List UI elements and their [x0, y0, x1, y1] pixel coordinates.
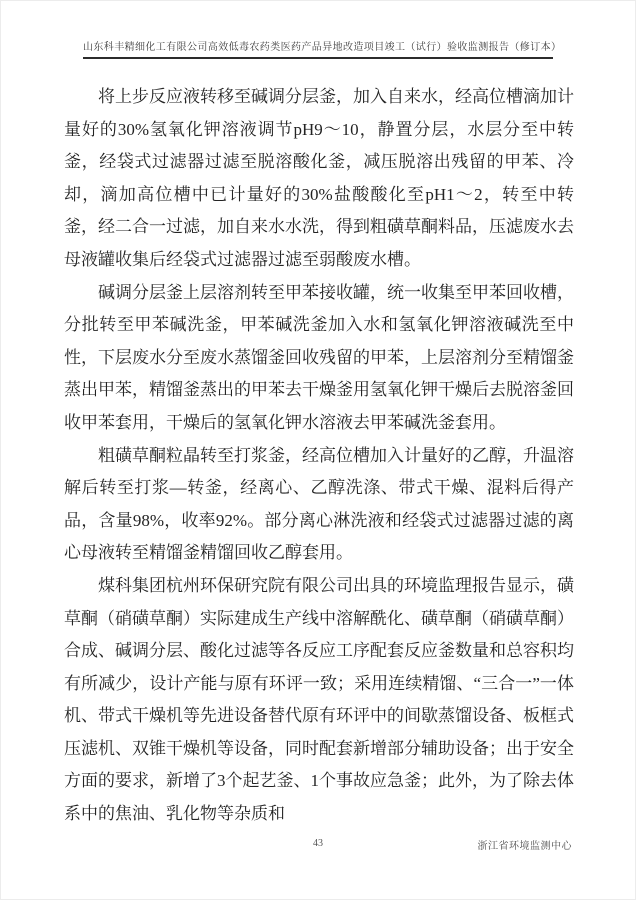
body-paragraph: 碱调分层釜上层溶剂转至甲苯接收罐，统一收集至甲苯回收槽，分批转至甲苯碱洗釜，甲苯… — [64, 277, 574, 440]
body-paragraph: 将上步反应液转移至碱调分层釜，加入自来水，经高位槽滴加计量好的30%氢氧化钾溶液… — [64, 81, 574, 277]
document-header-title: 山东科丰精细化工有限公司高效低毒农药类医药产品异地改造项目竣工（试行）验收监测报… — [83, 38, 553, 59]
document-body: 将上步反应液转移至碱调分层釜，加入自来水，经高位槽滴加计量好的30%氢氧化钾溶液… — [64, 81, 574, 831]
page-header: 山东科丰精细化工有限公司高效低毒农药类医药产品异地改造项目竣工（试行）验收监测报… — [1, 37, 635, 59]
document-page: 山东科丰精细化工有限公司高效低毒农药类医药产品异地改造项目竣工（试行）验收监测报… — [0, 0, 636, 900]
body-paragraph: 粗磺草酮粒晶转至打浆釜，经高位槽加入计量好的乙醇，升温溶解后转至打浆—转釜，经离… — [64, 440, 574, 570]
footer-organization-text: 浙江省环境监测中心 — [478, 837, 573, 852]
body-paragraph: 煤科集团杭州环保研究院有限公司出具的环境监理报告显示，磺草酮（硝磺草酮）实际建成… — [64, 570, 574, 831]
